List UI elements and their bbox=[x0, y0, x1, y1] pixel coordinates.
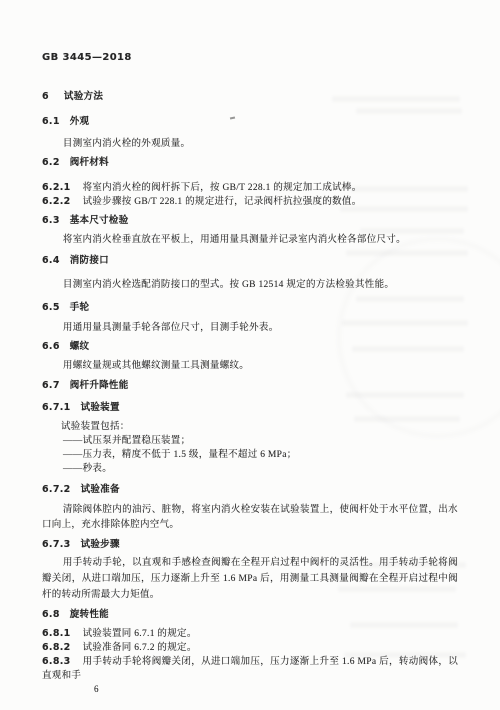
chapter-heading: 6试验方法 bbox=[42, 89, 458, 104]
subsection-heading-6-7-3: 6.7.3试验步骤 bbox=[42, 537, 458, 552]
section-title: 旋转性能 bbox=[70, 609, 109, 620]
clause-number: 6.8.3 bbox=[42, 656, 71, 667]
section-number: 6.6 bbox=[42, 341, 60, 352]
clause-text: 试验步骤按 GB/T 228.1 的规定进行，记录阀杆抗拉强度的数值。 bbox=[83, 197, 362, 207]
chapter-number: 6 bbox=[42, 91, 49, 102]
page-number: 6 bbox=[42, 682, 458, 696]
dash-item-stopwatch: ——秒表。 bbox=[42, 462, 458, 476]
section-title: 阀杆材料 bbox=[70, 157, 109, 168]
section-heading-6-5: 6.5手轮 bbox=[42, 300, 458, 315]
clause-number: 6.8.1 bbox=[42, 628, 71, 639]
clause-text: 试验准备同 6.7.2 的规定。 bbox=[83, 643, 197, 653]
section-title: 阀杆升降性能 bbox=[70, 380, 129, 391]
paragraph-6-1: 目测室内消火栓的外观质量。 bbox=[42, 137, 458, 152]
subsection-number: 6.7.1 bbox=[42, 402, 71, 413]
clause-6-2-2: 6.2.2试验步骤按 GB/T 228.1 的规定进行，记录阀杆抗拉强度的数值。 bbox=[42, 195, 458, 209]
clause-6-8-1: 6.8.1试验装置同 6.7.1 的规定。 bbox=[42, 627, 458, 641]
section-heading-6-1: 6.1外观 bbox=[42, 114, 458, 129]
section-title: 螺纹 bbox=[70, 341, 90, 352]
section-title: 消防接口 bbox=[70, 255, 109, 266]
clause-6-8-3: 6.8.3用手转动手轮将阀瓣关闭，从进口端加压，压力逐渐上升至 1.6 MPa … bbox=[42, 655, 458, 683]
clause-number: 6.2.2 bbox=[42, 196, 71, 207]
clause-number: 6.8.2 bbox=[42, 642, 71, 653]
subsection-number: 6.7.2 bbox=[42, 484, 71, 495]
section-number: 6.2 bbox=[42, 157, 60, 168]
section-title: 外观 bbox=[70, 116, 90, 127]
standard-number: GB 3445—2018 bbox=[42, 50, 458, 65]
clause-text: 将室内消火栓的阀杆拆下后，按 GB/T 228.1 的规定加工成试棒。 bbox=[83, 183, 362, 193]
section-heading-6-8: 6.8旋转性能 bbox=[42, 607, 458, 622]
section-heading-6-7: 6.7阀杆升降性能 bbox=[42, 378, 458, 393]
apparatus-intro: 试验装置包括： bbox=[42, 420, 458, 434]
section-title: 基本尺寸检验 bbox=[70, 215, 129, 226]
section-title: 手轮 bbox=[70, 302, 90, 313]
section-heading-6-3: 6.3基本尺寸检验 bbox=[42, 213, 458, 228]
clause-6-2-1: 6.2.1将室内消火栓的阀杆拆下后，按 GB/T 228.1 的规定加工成试棒。 bbox=[42, 181, 458, 195]
paragraph-6-3: 将室内消火栓垂直放在平板上，用通用量具测量并记录室内消火栓各部位尺寸。 bbox=[42, 233, 458, 248]
subsection-heading-6-7-1: 6.7.1试验装置 bbox=[42, 400, 458, 415]
section-number: 6.8 bbox=[42, 609, 60, 620]
subsection-number: 6.7.3 bbox=[42, 539, 71, 550]
subsection-heading-6-7-2: 6.7.2试验准备 bbox=[42, 482, 458, 497]
dash-item-pump: ——试压泵并配置稳压装置； bbox=[42, 434, 458, 448]
document-content: GB 3445—2018 6试验方法 6.1外观 目测室内消火栓的外观质量。 6… bbox=[0, 0, 500, 696]
section-number: 6.1 bbox=[42, 116, 60, 127]
section-number: 6.3 bbox=[42, 215, 60, 226]
chapter-title: 试验方法 bbox=[64, 91, 103, 102]
paragraph-6-5: 用通用量具测量手轮各部位尺寸，目测手轮外表。 bbox=[42, 321, 458, 336]
section-number: 6.5 bbox=[42, 302, 60, 313]
section-heading-6-4: 6.4消防接口 bbox=[42, 253, 458, 268]
paragraph-6-4: 目测室内消火栓选配消防接口的型式。按 GB 12514 规定的方法检验其性能。 bbox=[42, 278, 458, 293]
dash-item-gauge: ——压力表，精度不低于 1.5 级，量程不超过 6 MPa； bbox=[42, 448, 458, 462]
subsection-title: 试验步骤 bbox=[81, 539, 120, 550]
section-heading-6-6: 6.6螺纹 bbox=[42, 339, 458, 354]
clause-number: 6.2.1 bbox=[42, 182, 71, 193]
document-page: GB 3445—2018 6试验方法 6.1外观 目测室内消火栓的外观质量。 6… bbox=[0, 0, 500, 710]
subsection-title: 试验准备 bbox=[81, 484, 120, 495]
clause-text: 用手转动手轮将阀瓣关闭，从进口端加压，压力逐渐上升至 1.6 MPa 后，转动阀… bbox=[42, 657, 458, 681]
paragraph-6-6: 用螺纹量规或其他螺纹测量工具测量螺纹。 bbox=[42, 359, 458, 374]
section-heading-6-2: 6.2阀杆材料 bbox=[42, 155, 458, 170]
clause-6-8-2: 6.8.2试验准备同 6.7.2 的规定。 bbox=[42, 641, 458, 655]
section-number: 6.7 bbox=[42, 380, 60, 391]
paragraph-6-7-2: 清除阀体腔内的油污、脏物，将室内消火栓安装在试验装置上，使阀杆处于水平位置，出水… bbox=[42, 503, 458, 533]
clause-text: 试验装置同 6.7.1 的规定。 bbox=[83, 629, 197, 639]
subsection-title: 试验装置 bbox=[81, 402, 120, 413]
section-number: 6.4 bbox=[42, 255, 60, 266]
paragraph-6-7-3: 用手转动手轮，以直观和手感检查阀瓣在全程开启过程中阀杆的灵活性。用手转动手轮将阀… bbox=[42, 555, 458, 603]
